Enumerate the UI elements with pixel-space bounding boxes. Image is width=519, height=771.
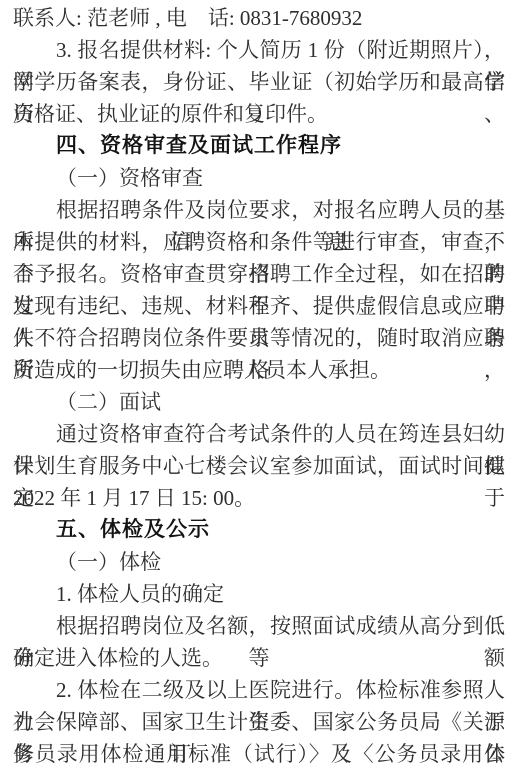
text-line: 3. 报名提供材料: 个人简历 1 份（附近期照片），学信 <box>13 34 505 66</box>
text-line: 联系人: 范老师 , 电 话: 0831-7680932 <box>13 2 505 34</box>
text-line: 所提供的材料，应聘资格和条件等进行审查，审查不合格的 <box>13 226 505 258</box>
section-heading: 五、体检及公示 <box>13 514 505 546</box>
text-line: 1. 体检人员的确定 <box>13 578 505 610</box>
text-line: 2. 体检在二级及以上医院进行。体检标准参照人力资源 <box>13 674 505 706</box>
text-line: 通过资格审查符合考试条件的人员在筠连县妇幼保健 <box>13 418 505 450</box>
text-line: 件不符合招聘岗位条件要求等情况的，随时取消应聘资格， <box>13 322 505 354</box>
text-line: 计划生育服务中心七楼会议室参加面试，面试时间拟定于 <box>13 450 505 482</box>
document-page: 联系人: 范老师 , 电 话: 0831-76809323. 报名提供材料: 个… <box>0 0 519 771</box>
text-line: （一）资格审查 <box>13 162 505 194</box>
text-line: 根据招聘岗位及名额，按照面试成绩从高分到低分等额 <box>13 610 505 642</box>
text-line: 务员录用体检通用标准（试行）〉及〈公务员录用体检操作 <box>13 738 505 770</box>
section-heading: 四、资格审查及面试工作程序 <box>13 130 505 162</box>
document-body: 联系人: 范老师 , 电 话: 0831-76809323. 报名提供材料: 个… <box>13 2 505 770</box>
text-line: （一）体检 <box>13 546 505 578</box>
text-line: 社会保障部、国家卫生计生委、国家公务员局《关于修订〈公 <box>13 706 505 738</box>
text-line: 发现有违纪、违规、材料不齐、提供虚假信息或应聘人员条 <box>13 290 505 322</box>
text-line: （二）面试 <box>13 386 505 418</box>
text-line: 不予报名。资格审查贯穿招聘工作全过程，如在招聘过程中 <box>13 258 505 290</box>
text-line: 根据招聘条件及岗位要求，对报名应聘人员的基本信息， <box>13 194 505 226</box>
text-line: 网学历备案表，身份证、毕业证（初始学历和最高学历）、 <box>13 66 505 98</box>
